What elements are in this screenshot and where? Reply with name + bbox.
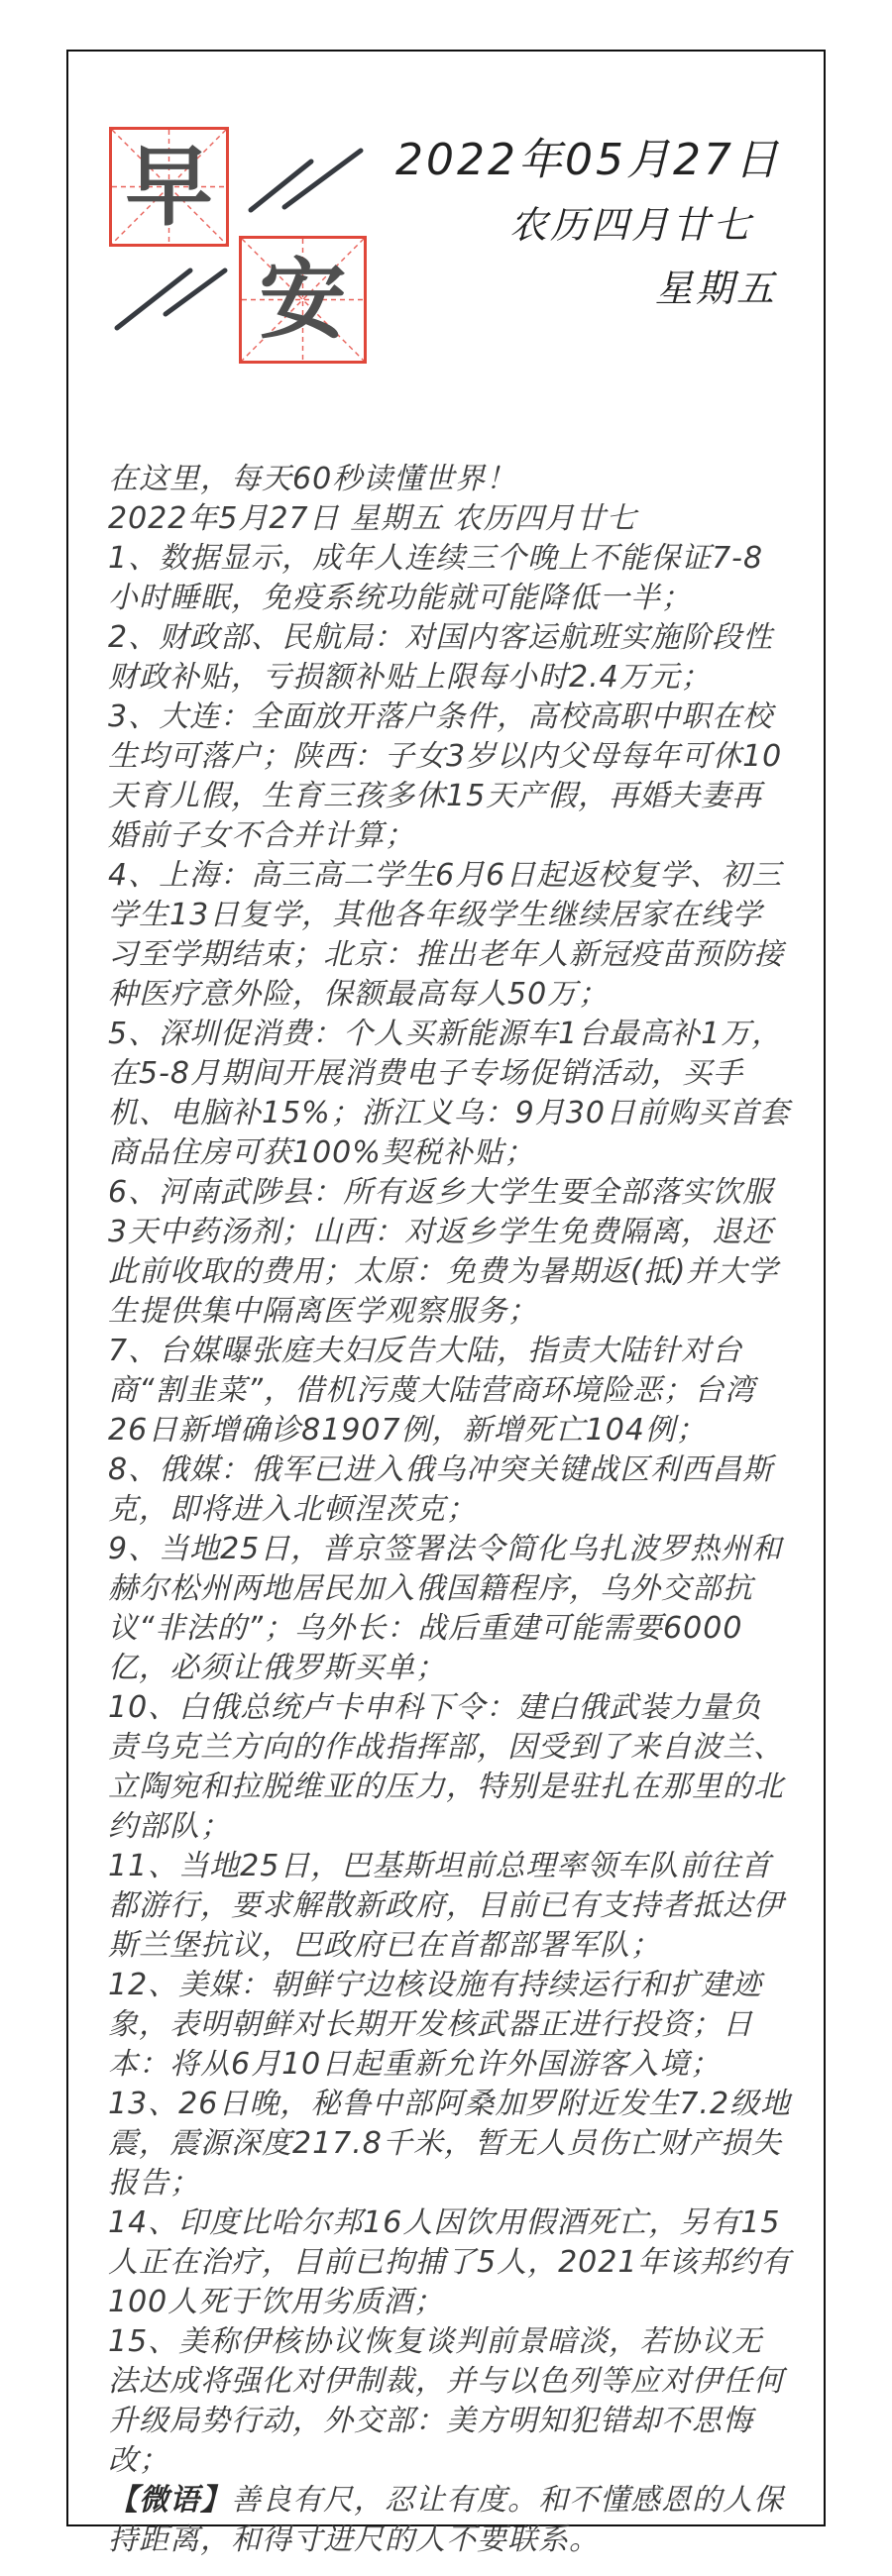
news-item: 11、当地25日，巴基斯坦前总理率领车队前往首都游行，要求解散新政府，目前已有支…	[108, 1847, 792, 1966]
news-item: 9、当地25日，普京签署法令简化乌扎波罗热州和赫尔松州两地居民加入俄国籍程序，乌…	[108, 1530, 792, 1688]
news-item: 8、俄媒：俄军已进入俄乌冲突关键战区利西昌斯克，即将进入北顿涅茨克；	[108, 1450, 792, 1530]
weiyu-note: 【微语】善良有尺，忍让有度。和不懂感恩的人保持距离，和得寸进尺的人不要联系。	[108, 2481, 792, 2560]
news-body: 在这里，每天60秒读懂世界！ 2022年5月27日 星期五 农历四月廿七 1、数…	[108, 460, 792, 2560]
news-item: 3、大连：全面放开落户条件，高校高职中职在校生均可落户；陕西：子女3岁以内父母每…	[108, 698, 792, 856]
news-item: 4、上海：高三高二学生6月6日起返校复学、初三学生13日复学，其他各年级学生继续…	[108, 856, 792, 1015]
intro-tagline: 在这里，每天60秒读懂世界！	[108, 460, 792, 499]
news-item: 14、印度比哈尔邦16人因饮用假酒死亡，另有15人正在治疗，目前已拘捕了5人，2…	[108, 2203, 792, 2322]
zao-grid-box: 早	[109, 127, 229, 247]
news-item: 13、26日晚，秘鲁中部阿桑加罗附近发生7.2级地震，震源深度217.8千米，暂…	[108, 2085, 792, 2203]
date-text: 2022年05月27日	[395, 139, 781, 182]
news-item: 1、数据显示，成年人连续三个晚上不能保证7-8小时睡眠，免疫系统功能就可能降低一…	[108, 539, 792, 618]
weekday-text: 星期五	[395, 269, 781, 307]
page-border: 早 安 2022年05月27日 农历四月廿七 星期五 在这里，每天60秒读懂世界…	[66, 50, 826, 2526]
news-item: 6、河南武陟县：所有返乡大学生要全部落实饮服3天中药汤剂；山西：对返乡学生免费隔…	[108, 1173, 792, 1332]
weiyu-label: 【微语】	[108, 2483, 231, 2518]
intro-dateline: 2022年5月27日 星期五 农历四月廿七	[108, 499, 792, 539]
news-item: 7、台媒曝张庭夫妇反告大陆，指责大陆针对台商“割韭菜”，借机污蔑大陆营商环境险恶…	[108, 1332, 792, 1450]
news-item: 10、白俄总统卢卡申科下令：建白俄武装力量负责乌克兰方向的作战指挥部，因受到了来…	[108, 1688, 792, 1847]
an-character: 安	[242, 239, 364, 361]
an-grid-box: 安	[239, 236, 367, 364]
zao-character: 早	[112, 130, 226, 244]
news-item: 5、深圳促消费：个人买新能源车1台最高补1万，在5-8月期间开展消费电子专场促销…	[108, 1015, 792, 1173]
news-item: 15、美称伊核协议恢复谈判前景暗淡，若协议无法达成将强化对伊制裁，并与以色列等应…	[108, 2322, 792, 2481]
news-item: 12、美媒：朝鲜宁边核设施有持续运行和扩建迹象，表明朝鲜对长期开发核武器正进行投…	[108, 1966, 792, 2085]
lunar-date-text: 农历四月廿七	[395, 206, 781, 244]
date-block: 2022年05月27日 农历四月廿七 星期五	[395, 139, 781, 307]
news-item: 2、财政部、民航局：对国内客运航班实施阶段性财政补贴，亏损额补贴上限每小时2.4…	[108, 618, 792, 698]
